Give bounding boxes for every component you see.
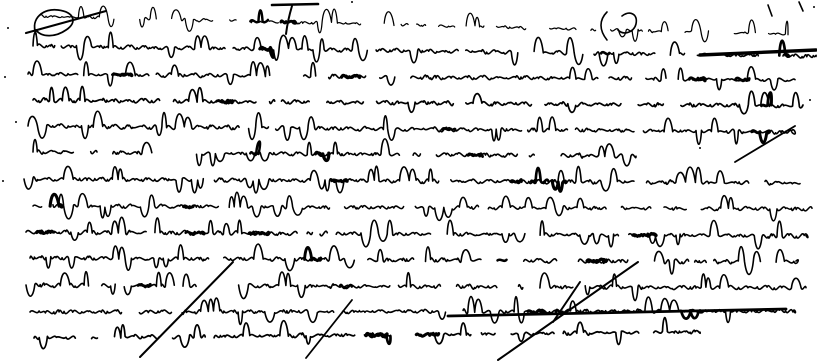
ink-blot: [752, 131, 770, 143]
ink-blot: [260, 47, 274, 57]
pen-flourish: [272, 4, 318, 5]
ink-speck: [813, 6, 815, 8]
handwriting-line: [30, 244, 798, 274]
ink-blot: [332, 180, 347, 182]
ink-blot: [416, 334, 438, 337]
ink-speck: [809, 99, 811, 101]
ink-blot: [552, 181, 566, 191]
ink-blot: [779, 41, 789, 57]
handwriting-line: [26, 272, 806, 301]
ink-speck: [15, 121, 17, 123]
ink-speck: [2, 180, 4, 182]
ink-blot: [250, 10, 268, 22]
handwriting-stroke: [40, 6, 788, 42]
handwriting-line: [28, 61, 795, 90]
handwriting-stroke: [26, 217, 808, 249]
ink-blot: [633, 233, 656, 236]
ink-speck: [351, 1, 353, 3]
handwriting-stroke: [28, 61, 795, 90]
handwriting-line: [34, 318, 700, 349]
ink-blot: [186, 232, 205, 234]
handwriting-line: [33, 139, 636, 166]
handwriting-stroke: [33, 139, 636, 166]
handwriting-stroke: [28, 111, 795, 144]
ink-blot: [184, 206, 194, 207]
handwriting-line: [40, 6, 788, 42]
handwriting-line: [26, 217, 808, 249]
ink-blot: [601, 52, 609, 54]
handwriting-line: [24, 166, 800, 193]
handwriting-stroke: [33, 192, 812, 221]
ink-blot: [342, 75, 360, 77]
manuscript-page: Anno : 17.. Feb: . . . . . paa d. Lalk. …: [0, 0, 817, 364]
ink-blot: [689, 78, 705, 81]
pen-flourish: [306, 300, 352, 358]
ink-blot: [216, 100, 232, 103]
ink-blot: [315, 152, 328, 160]
handwriting-stroke: [24, 166, 800, 193]
handwriting-line: [28, 111, 795, 144]
handwriting-stroke: [30, 244, 798, 274]
handwriting-stroke: [33, 86, 803, 113]
letter-accent: [601, 12, 607, 40]
ink-blot: [138, 284, 150, 286]
ink-blot: [511, 180, 521, 183]
handwriting-svg: [0, 0, 817, 364]
handwriting-line: [33, 192, 812, 221]
ink-speck: [699, 147, 701, 149]
handwriting-stroke: [33, 32, 816, 66]
ink-blot: [498, 260, 507, 261]
ink-blot: [305, 247, 321, 260]
ink-speck: [7, 27, 9, 29]
ink-blot: [531, 168, 548, 183]
ink-blot: [113, 74, 132, 76]
handwriting-line: [33, 32, 816, 66]
ink-blot: [250, 141, 260, 155]
ink-blot: [37, 231, 54, 234]
pen-flourish: [768, 5, 772, 16]
ink-speck: [4, 76, 6, 78]
pen-flourish: [799, 2, 803, 11]
ink-blot: [249, 232, 269, 234]
handwriting-line: [33, 86, 803, 113]
